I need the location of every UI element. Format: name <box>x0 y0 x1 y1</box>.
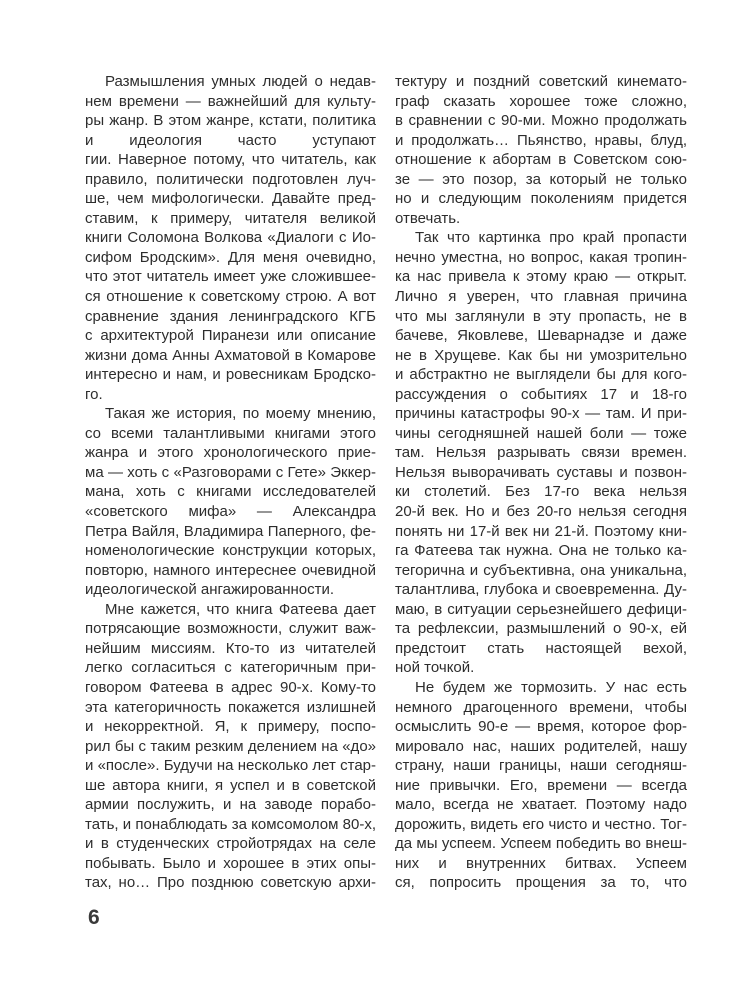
text-line: Лично я уверен, что главная причина того… <box>395 287 687 307</box>
text-line: зе — это позор, за который не только нам… <box>395 170 687 190</box>
text-line: ше, чем мифологически. Давайте пред- <box>85 189 376 209</box>
text-line: тектуру и поздний советский кинемато- <box>395 72 687 92</box>
text-line: Такая же история, по моему мнению, <box>85 404 376 424</box>
text-line: да мы успеем. Успеем победить во внеш- <box>395 834 687 854</box>
text-line: ние привычки. Его, времени — всегда <box>395 776 687 796</box>
text-line: Нельзя выворачивать суставы и позвон- <box>395 463 687 483</box>
text-line: нем времени — важнейший для культу- <box>85 92 376 112</box>
text-line: жизни дома Анны Ахматовой в Комарове <box>85 346 376 366</box>
text-line: не в Хрущеве. Как бы ни умозрительно <box>395 346 687 366</box>
text-line: говором Фатеева в адрес 90-х. Кому-то <box>85 678 376 698</box>
text-line: Не будем же тормозить. У нас есть <box>395 678 687 698</box>
text-line: граф сказать хорошее тоже сложно, даже <box>395 92 687 112</box>
text-line: немного драгоценного времени, чтобы <box>395 698 687 718</box>
text-line: повторю, намного интереснее очевидной <box>85 561 376 581</box>
text-line: армии послужить, и на заводе порабо- <box>85 795 376 815</box>
text-line: ставим, к примеру, читателя великой <box>85 209 376 229</box>
text-line: со всеми талантливыми книгами этого <box>85 424 376 444</box>
text-line: там. Нельзя разрывать связи времен. <box>395 443 687 463</box>
text-line: и продолжать… Пьянство, нравы, блуд, <box>395 131 687 151</box>
text-line: ки столетий. Без 17-го века нельзя понят… <box>395 482 687 502</box>
text-line: и в студенческих стройотрядах на селе <box>85 834 376 854</box>
text-line: что мы заглянули в эту пропасть, не в Го… <box>395 307 687 327</box>
text-line: бачеве, Яковлеве, Шеварнадзе и даже <box>395 326 687 346</box>
text-line: правило, политически подготовлен луч- <box>85 170 376 190</box>
text-line: причины катастрофы 90-х — там. И при- <box>395 404 687 424</box>
text-line: тать, и понаблюдать за комсомолом 80-х, <box>85 815 376 835</box>
text-line: рил бы с таким резким делением на «до» <box>85 737 376 757</box>
text-line: сравнение здания ленинградского КГБ <box>85 307 376 327</box>
text-line: них и внутренних битвах. Успеем покаять- <box>395 854 687 874</box>
text-column-right: тектуру и поздний советский кинемато-гра… <box>395 72 687 893</box>
text-column-left: Размышления умных людей о недав-нем врем… <box>85 72 376 893</box>
text-line: страну, наши границы, наши сегодняш- <box>395 756 687 776</box>
text-line: что этот читатель имеет уже сложившее- <box>85 267 376 287</box>
text-line: ры жанр. В этом жанре, кстати, политика <box>85 111 376 131</box>
text-line: предстоит стать настоящей вехой, отправ- <box>395 639 687 659</box>
text-line: мировало нас, наших родителей, нашу <box>395 737 687 757</box>
text-line: и идеология часто уступают феноменоло- <box>85 131 376 151</box>
text-line: га Фатеева так нужна. Она не только ка- <box>395 541 687 561</box>
text-line: книги Соломона Волкова «Диалоги с Ио- <box>85 228 376 248</box>
text-line: отношение к абортам в Советском сою- <box>395 150 687 170</box>
text-line: сифом Бродским». Для меня очевидно, <box>85 248 376 268</box>
text-line: ной точкой. <box>395 658 687 678</box>
text-line: та рефлексии, размышлений о 90-х, ей <box>395 619 687 639</box>
text-line: го. <box>85 385 376 405</box>
text-line: ка нас привела к этому краю — открыт. <box>395 267 687 287</box>
text-line: Мне кажется, что книга Фатеева дает <box>85 600 376 620</box>
text-line: жанра и этого хронологического прие- <box>85 443 376 463</box>
text-line: мана, хоть с книгами исследователей <box>85 482 376 502</box>
page-number: 6 <box>88 906 100 930</box>
text-line: понять ни 17-й век ни 21-й. Поэтому кни- <box>395 522 687 542</box>
text-line: и абстрактно не выглядели бы для кого-то <box>395 365 687 385</box>
text-line: тах, но… Про позднюю советскую архи- <box>85 873 376 893</box>
text-line: с архитектурой Пиранези или описание <box>85 326 376 346</box>
text-line: легко согласиться с категоричным при- <box>85 658 376 678</box>
text-line: ше автора книги, я успел и в советской <box>85 776 376 796</box>
text-line: интересно и нам, и ровесникам Бродско- <box>85 365 376 385</box>
text-line: Размышления умных людей о недав- <box>85 72 376 92</box>
text-line: талантлива, глубока и своевременна. Ду- <box>395 580 687 600</box>
text-line: Петра Вайля, Владимира Паперного, фе- <box>85 522 376 542</box>
text-line: мало, всегда не хватает. Поэтому надо им <box>395 795 687 815</box>
text-line: и некорректной. Я, к примеру, поспо- <box>85 717 376 737</box>
book-page: Размышления умных людей о недав-нем врем… <box>0 0 741 1000</box>
text-line: ма — хоть с «Разговорами с Гете» Эккер- <box>85 463 376 483</box>
text-line: 20-й век. Но и без 20-го нельзя сегодня <box>395 502 687 522</box>
text-line: чины сегодняшней нашей боли — тоже <box>395 424 687 444</box>
text-line: в сравнении с 90-ми. Можно продолжать <box>395 111 687 131</box>
text-line: рассуждения о событиях 17 и 18-го веков, <box>395 385 687 405</box>
text-line: нейшим миссиям. Кто-то из читателей <box>85 639 376 659</box>
text-line: но и следующим поколениям придется <box>395 189 687 209</box>
text-line: потрясающие возможности, служит важ- <box>85 619 376 639</box>
text-line: тегорична и субъективна, она уникальна, <box>395 561 687 581</box>
text-line: номенологические конструкции которых, <box>85 541 376 561</box>
text-line: «советского мифа» — Александра Гениса, <box>85 502 376 522</box>
text-line: маю, в ситуации серьезнейшего дефици- <box>395 600 687 620</box>
text-line: идеологической ангажированности. <box>85 580 376 600</box>
text-line: Так что картинка про край пропасти ко- <box>395 228 687 248</box>
text-line: ся отношение к советскому строю. А вот <box>85 287 376 307</box>
text-line: нечно уместна, но вопрос, какая тропин- <box>395 248 687 268</box>
text-line: отвечать. <box>395 209 687 229</box>
text-line: ся, попросить прощения за то, что совсем <box>395 873 687 893</box>
text-line: эта категоричность покажется излишней <box>85 698 376 718</box>
text-line: дорожить, видеть его чисто и честно. Тог… <box>395 815 687 835</box>
text-line: и «после». Будучи на несколько лет стар- <box>85 756 376 776</box>
text-line: побывать. Было и хорошее в этих опы- <box>85 854 376 874</box>
text-line: гии. Наверное потому, что читатель, как <box>85 150 376 170</box>
text-line: осмыслить 90-е — время, которое фор- <box>395 717 687 737</box>
